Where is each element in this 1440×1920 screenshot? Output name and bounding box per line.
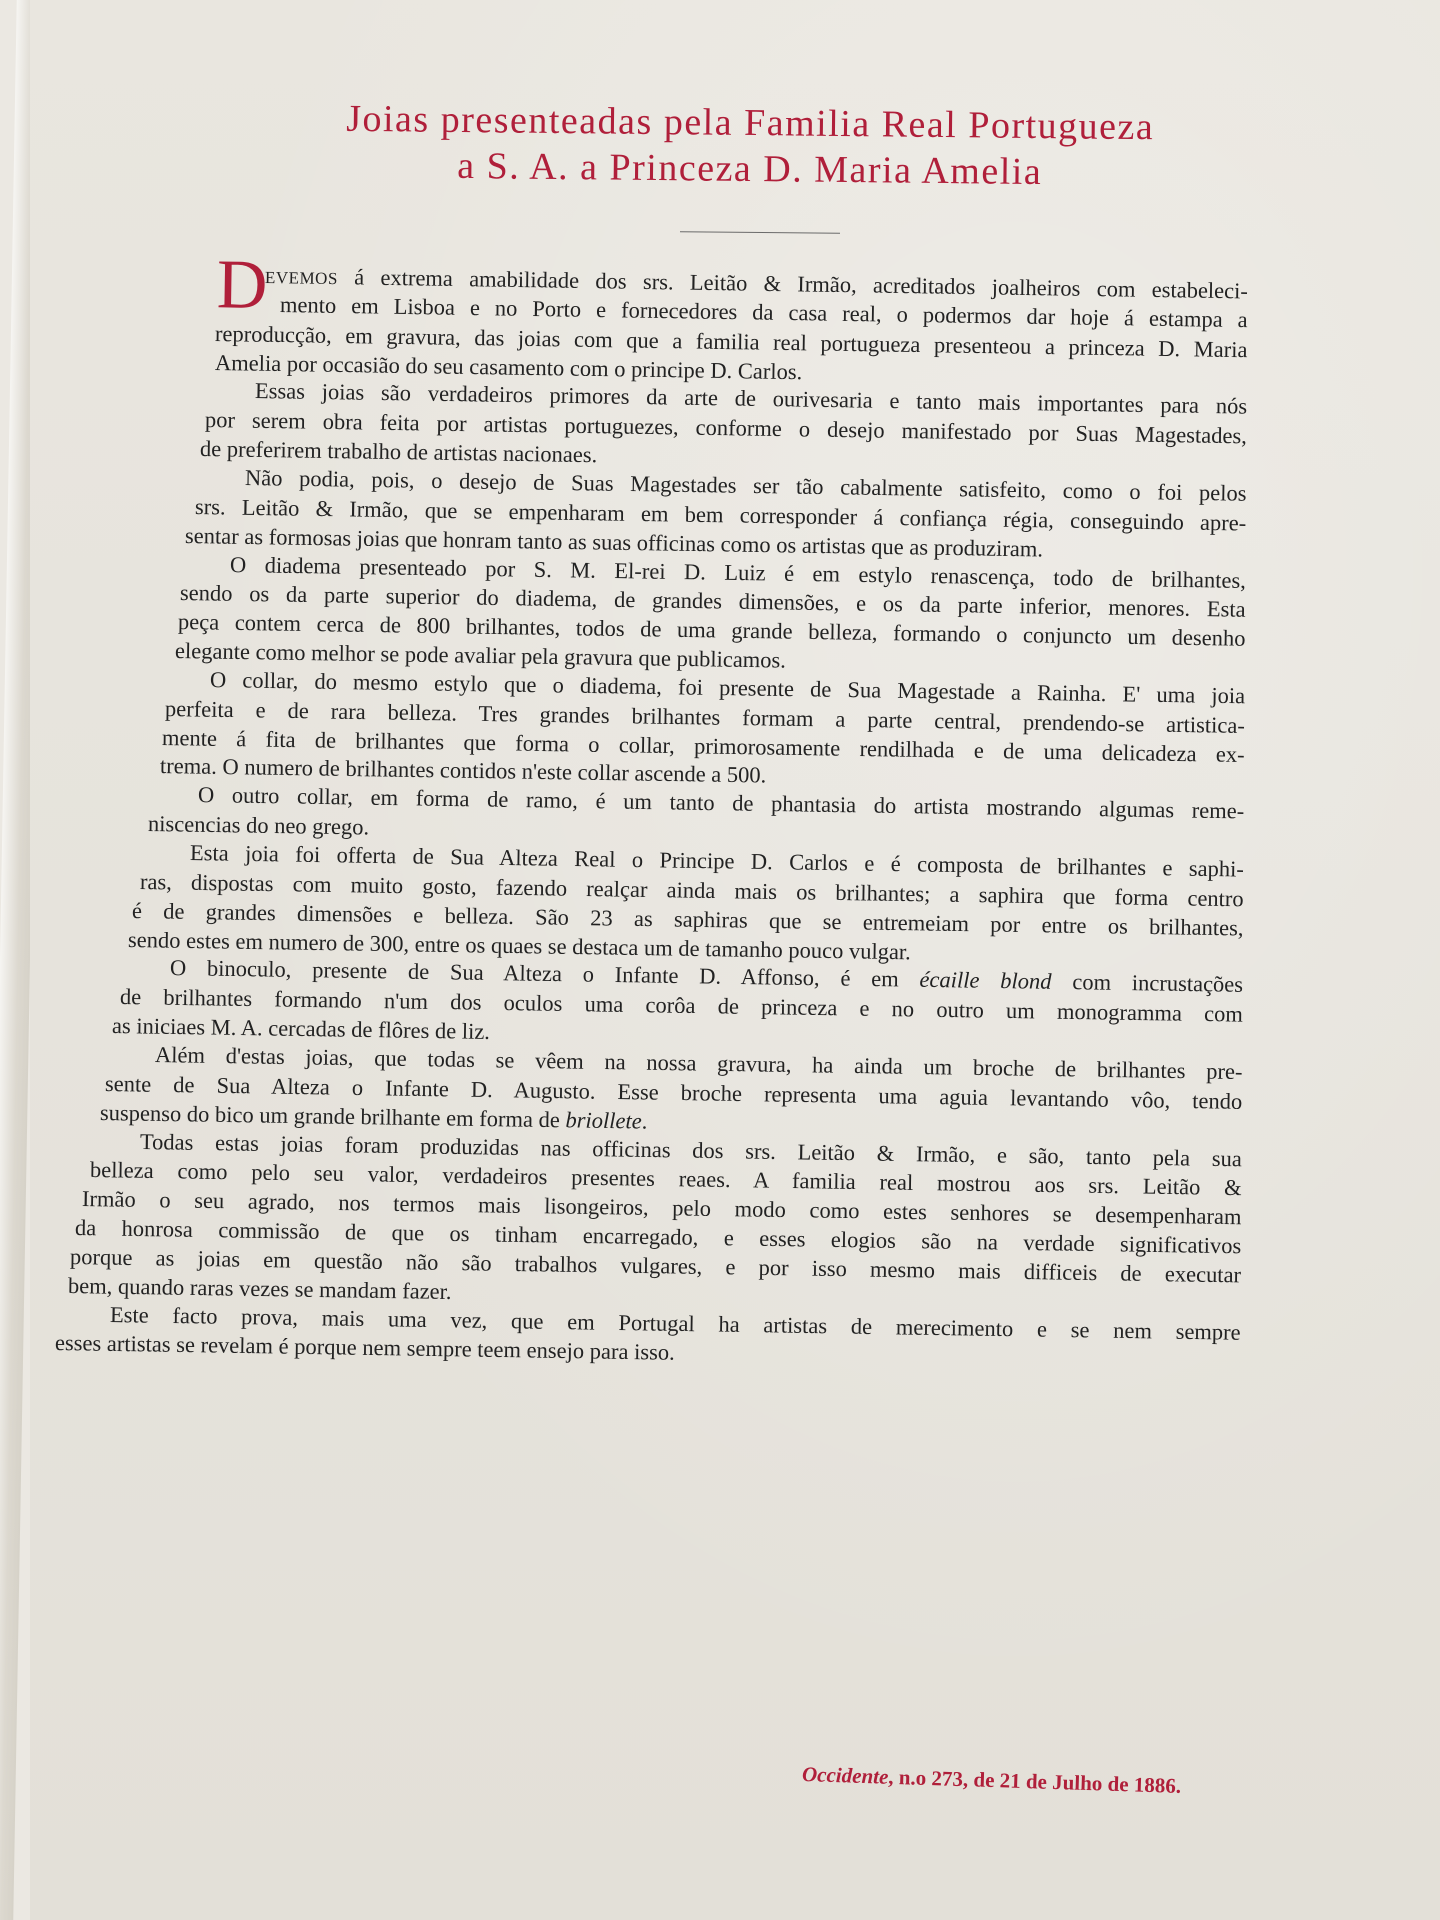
- citation-details: , n.o 273, de 21 de Julho de 1886.: [888, 1765, 1181, 1798]
- italic-term: écaille blond: [919, 967, 1051, 994]
- source-citation: Occidente, n.o 273, de 21 de Julho de 18…: [802, 1762, 1182, 1799]
- citation-source: Occidente: [802, 1762, 889, 1789]
- italic-term: briollete: [565, 1107, 642, 1133]
- printed-page: Joias presenteadas pela Familia Real Por…: [30, 0, 1440, 1920]
- title-divider: [680, 231, 840, 233]
- first-word-smallcaps: EVEMOS: [265, 268, 338, 288]
- article-title: Joias presenteadas pela Familia Real Por…: [230, 95, 1271, 198]
- drop-cap: D: [216, 255, 267, 316]
